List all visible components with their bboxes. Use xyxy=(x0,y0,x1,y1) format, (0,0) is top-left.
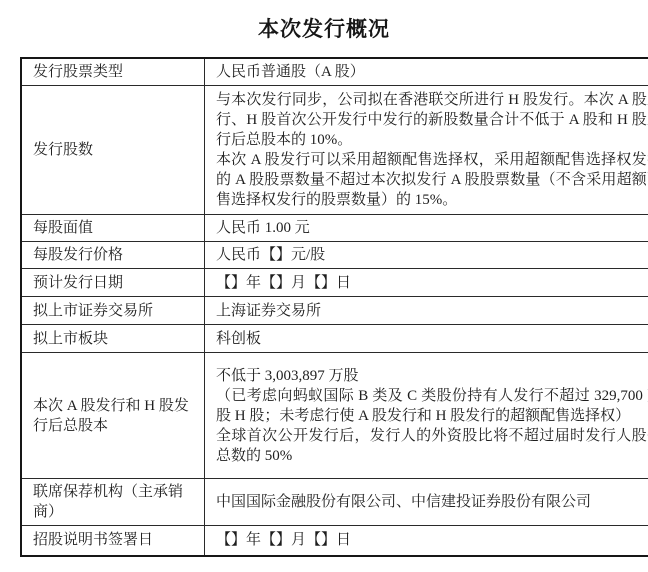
table-row: 预计发行日期 【】年【】月【】日 xyxy=(21,269,648,297)
paragraph: 人民币【】元/股 xyxy=(216,245,648,265)
row-label: 发行股票类型 xyxy=(21,58,205,86)
table-row: 发行股数 与本次发行同步，公司拟在香港联交所进行 H 股发行。本次 A 股发行、… xyxy=(21,86,648,215)
row-label: 拟上市证券交易所 xyxy=(21,297,205,325)
row-label: 联席保荐机构（主承销商） xyxy=(21,479,205,526)
row-value: 人民币 1.00 元 xyxy=(205,215,648,242)
table-row: 联席保荐机构（主承销商） 中国国际金融股份有限公司、中信建投证券股份有限公司 xyxy=(21,479,648,526)
paragraph: 人民币普通股（A 股） xyxy=(216,62,648,82)
table-row: 拟上市板块 科创板 xyxy=(21,325,648,353)
paragraph: 不低于 3,003,897 万股 xyxy=(216,366,648,386)
paragraph: 中国国际金融股份有限公司、中信建投证券股份有限公司 xyxy=(216,492,648,512)
row-label: 拟上市板块 xyxy=(21,325,205,353)
table-row: 拟上市证券交易所 上海证券交易所 xyxy=(21,297,648,325)
table-row: 每股发行价格 人民币【】元/股 xyxy=(21,242,648,269)
row-value: 中国国际金融股份有限公司、中信建投证券股份有限公司 xyxy=(205,479,648,526)
row-label: 预计发行日期 xyxy=(21,269,205,297)
table-row: 本次 A 股发行和 H 股发行后总股本 不低于 3,003,897 万股 （已考… xyxy=(21,353,648,479)
row-label: 招股说明书签署日 xyxy=(21,526,205,556)
paragraph: 【】年【】月【】日 xyxy=(216,273,648,293)
issuance-overview-table: 发行股票类型 人民币普通股（A 股） 发行股数 与本次发行同步，公司拟在香港联交… xyxy=(20,57,648,557)
page-title: 本次发行概况 xyxy=(0,0,648,43)
paragraph: 上海证券交易所 xyxy=(216,301,648,321)
table-row: 招股说明书签署日 【】年【】月【】日 xyxy=(21,526,648,556)
table-row: 每股面值 人民币 1.00 元 xyxy=(21,215,648,242)
row-label: 每股发行价格 xyxy=(21,242,205,269)
row-value: 上海证券交易所 xyxy=(205,297,648,325)
row-value: 人民币【】元/股 xyxy=(205,242,648,269)
row-label: 每股面值 xyxy=(21,215,205,242)
paragraph: 与本次发行同步，公司拟在香港联交所进行 H 股发行。本次 A 股发行、H 股首次… xyxy=(216,90,648,150)
paragraph: （已考虑向蚂蚁国际 B 类及 C 类股份持有人发行不超过 329,700 万股 … xyxy=(216,386,648,426)
row-label: 本次 A 股发行和 H 股发行后总股本 xyxy=(21,353,205,479)
row-value: 【】年【】月【】日 xyxy=(205,526,648,556)
paragraph: 【】年【】月【】日 xyxy=(216,530,648,550)
row-value: 科创板 xyxy=(205,325,648,353)
table-row: 发行股票类型 人民币普通股（A 股） xyxy=(21,58,648,86)
paragraph: 科创板 xyxy=(216,329,648,349)
row-value: 与本次发行同步，公司拟在香港联交所进行 H 股发行。本次 A 股发行、H 股首次… xyxy=(205,86,648,215)
paragraph: 全球首次公开发行后，发行人的外资股比将不超过届时发行人股份总数的 50% xyxy=(216,426,648,466)
row-value: 人民币普通股（A 股） xyxy=(205,58,648,86)
row-value: 【】年【】月【】日 xyxy=(205,269,648,297)
paragraph: 人民币 1.00 元 xyxy=(216,218,648,238)
document-page: 本次发行概况 发行股票类型 人民币普通股（A 股） 发行股数 与本次发行同步，公… xyxy=(0,0,648,572)
row-label: 发行股数 xyxy=(21,86,205,215)
row-value: 不低于 3,003,897 万股 （已考虑向蚂蚁国际 B 类及 C 类股份持有人… xyxy=(205,353,648,479)
paragraph: 本次 A 股发行可以采用超额配售选择权，采用超额配售选择权发行的 A 股股票数量… xyxy=(216,150,648,210)
